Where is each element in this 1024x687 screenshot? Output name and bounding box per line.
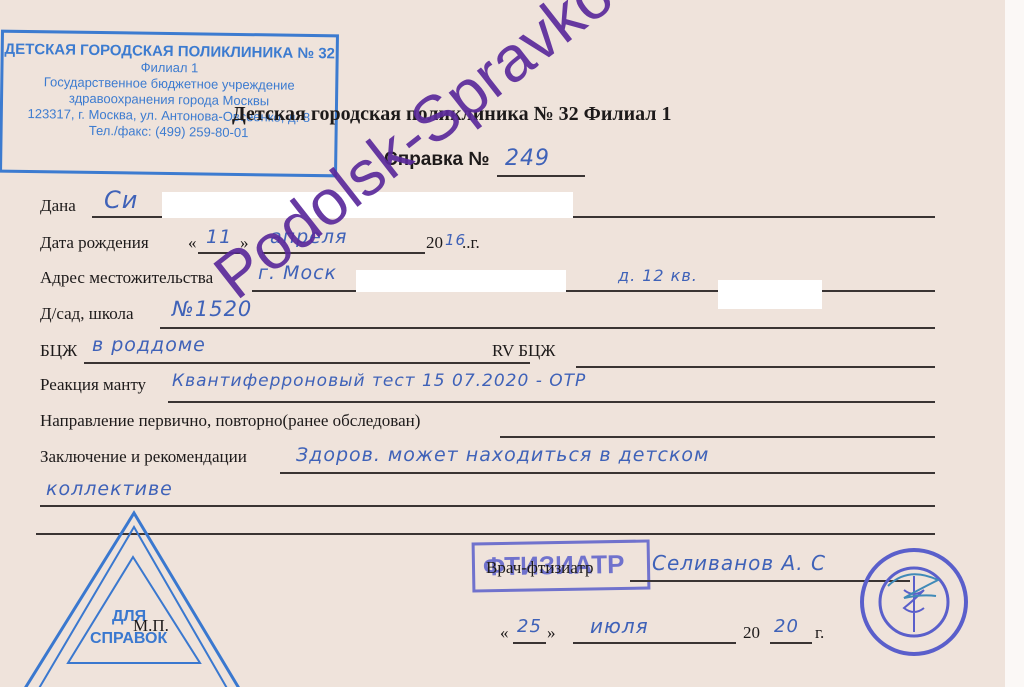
doctor-signature: Селиванов А. С (652, 551, 826, 575)
year-prefix: 20 (743, 623, 760, 643)
mantoux-value: Квантиферроновый тест 15 07.2020 - ОТР (172, 371, 586, 391)
rv-bcg-line (576, 366, 935, 368)
bcg-line (84, 362, 530, 364)
date-day-line (513, 642, 546, 644)
issued-to-label: Дана (40, 196, 76, 216)
date-month: июля (590, 614, 649, 638)
date-year: 20 (774, 616, 799, 637)
year-suffix: ..г. (462, 233, 480, 253)
scan-edge (1005, 0, 1024, 687)
referral-label: Направление первично, повторно(ранее обс… (40, 411, 420, 431)
address-tail: д. 12 кв. (618, 266, 698, 285)
stamp-place-label: М.П. (133, 616, 169, 636)
address-label: Адрес местожительства (40, 268, 213, 288)
address-line (252, 290, 935, 292)
number-line (497, 175, 585, 177)
conclusion-value-1: Здоров. может находиться в детском (296, 444, 709, 466)
bcg-label: БЦЖ (40, 341, 77, 361)
quote: « (188, 233, 197, 253)
date-month-line (573, 642, 736, 644)
school-label: Д/сад, школа (40, 304, 134, 324)
redaction (356, 270, 566, 292)
conclusion-line (280, 472, 935, 474)
bcg-value: в роддоме (92, 334, 206, 356)
conclusion-value-2: коллективе (46, 478, 173, 500)
date-year-line (770, 642, 812, 644)
school-line (160, 327, 935, 329)
doctor-round-stamp (858, 546, 970, 658)
date-day: 25 (517, 616, 542, 637)
doctor-label: Врач-фтизиатр (486, 558, 594, 578)
rv-bcg-label: RV БЦЖ (492, 341, 555, 361)
quote: « (500, 623, 509, 643)
referral-line (500, 436, 935, 438)
quote: » (547, 623, 556, 643)
mantoux-label: Реакция манту (40, 375, 146, 395)
year-prefix: 20 (426, 233, 443, 253)
mantoux-line (168, 401, 935, 403)
year-suffix: г. (815, 623, 824, 643)
redaction (718, 280, 822, 309)
birth-date-label: Дата рождения (40, 233, 149, 253)
triangle-stamp (10, 505, 250, 687)
certificate-number: 249 (505, 146, 550, 171)
conclusion-label: Заключение и рекомендации (40, 447, 247, 467)
issued-to-value: Си (104, 186, 138, 214)
